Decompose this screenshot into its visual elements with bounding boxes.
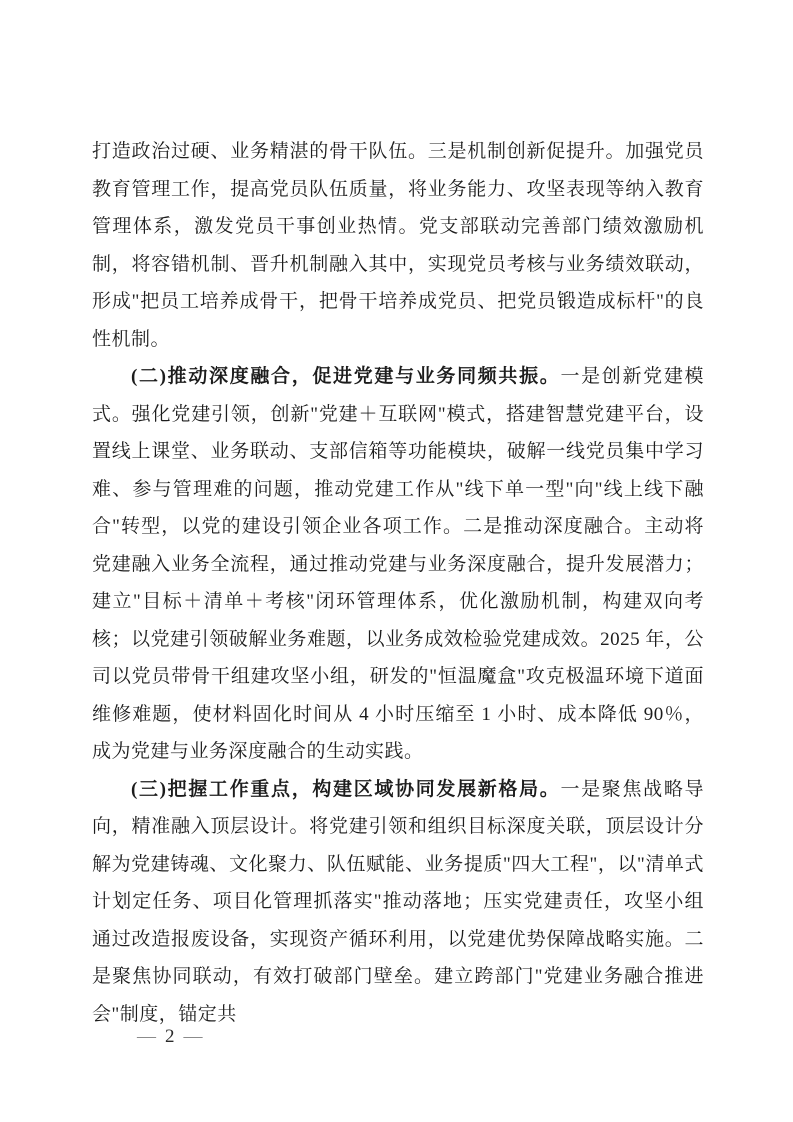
paragraph-text: 打造政治过硬、业务精湛的骨干队伍。三是机制创新促提升。加强党员教育管理工作，提高…: [92, 141, 704, 350]
paragraph-text: 一是聚焦战略导向，精准融入顶层设计。将党建引领和组织目标深度关联，顶层设计分解为…: [92, 779, 704, 1025]
paragraph-text: 一是创新党建模式。强化党建引领，创新"党建＋互联网"模式，搭建智慧党建平台，设置…: [92, 366, 704, 762]
page-number-value: 2: [165, 1026, 175, 1047]
paragraph-section-3: (三)把握工作重点，构建区域协同发展新格局。一是聚焦战略导向，精准融入顶层设计。…: [92, 771, 704, 1034]
document-body: 打造政治过硬、业务精湛的骨干队伍。三是机制创新促提升。加强党员教育管理工作，提高…: [92, 133, 704, 1033]
page-number-dash-left: —: [128, 1026, 165, 1047]
page-number-dash-right: —: [175, 1026, 212, 1047]
page-number: —2—: [128, 1026, 212, 1048]
paragraph-continuation: 打造政治过硬、业务精湛的骨干队伍。三是机制创新促提升。加强党员教育管理工作，提高…: [92, 133, 704, 358]
section-heading: (三)把握工作重点，构建区域协同发展新格局。: [131, 779, 560, 800]
paragraph-section-2: (二)推动深度融合，促进党建与业务同频共振。一是创新党建模式。强化党建引领，创新…: [92, 358, 704, 771]
section-heading: (二)推动深度融合，促进党建与业务同频共振。: [131, 366, 560, 387]
document-page: { "document": { "paragraphs": [ { "lead"…: [0, 0, 793, 1122]
